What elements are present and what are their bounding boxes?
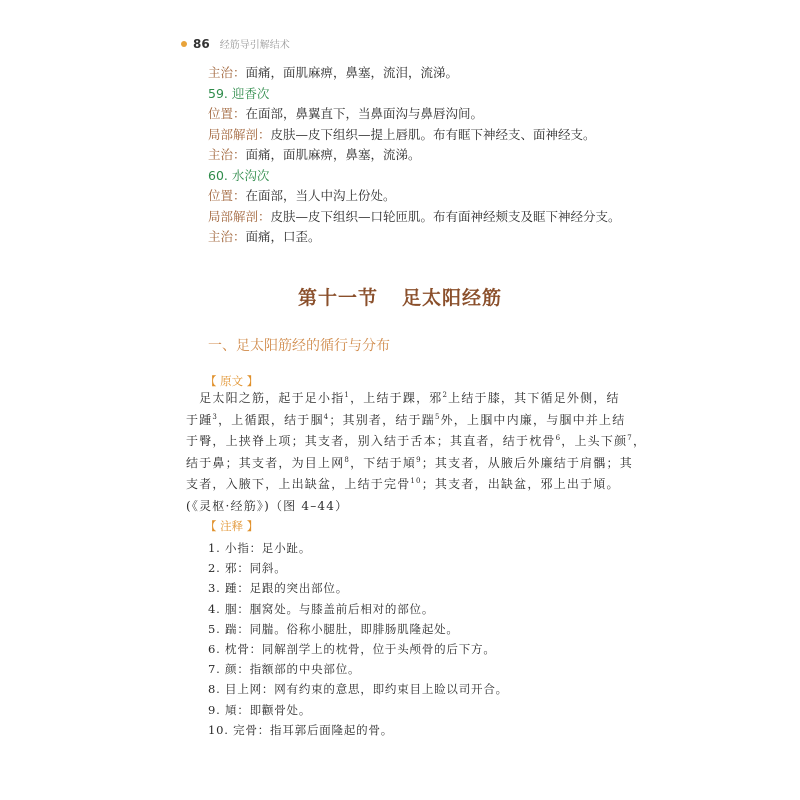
indication-text: 面痛，面肌麻痹，鼻塞，流涕。	[246, 147, 421, 162]
indication-text: 面痛，面肌麻痹，鼻塞，流泪，流涕。	[246, 65, 459, 80]
indication-label: 主治：	[208, 147, 246, 162]
original-line: 结于鼻；其支者，为目上网8，下结于頄9；其支者，从腋后外廉结于肩髃；其	[186, 453, 616, 475]
acupoint-section: 主治：面痛，面肌麻痹，鼻塞，流泪，流涕。 59. 迎香次 位置：在面部，鼻翼直下…	[208, 63, 628, 248]
notes-tag: 【 注释 】	[205, 518, 258, 534]
indication-text: 面痛，口歪。	[246, 229, 321, 244]
bullet-dot-icon	[181, 41, 187, 47]
original-line: 足太阳之筋，起于足小指1，上结于踝，邪2上结于膝，其下循足外侧，结	[186, 388, 616, 410]
indication-label: 主治：	[208, 65, 246, 80]
original-line: 支者，入腋下，上出缺盆，上结于完骨10；其支者，出缺盆，邪上出于頄。	[186, 474, 616, 496]
anatomy-line: 局部解剖：皮肤—皮下组织—口轮匝肌。布有面神经颊支及眶下神经分支。	[208, 207, 628, 228]
note-item: 8. 目上网：网有约束的意思，即约束目上睑以司开合。	[208, 679, 508, 699]
citation-line: (《灵枢·经筋》)（图 4–44）	[186, 496, 616, 518]
location-text: 在面部，鼻翼直下，当鼻面沟与鼻唇沟间。	[246, 106, 484, 121]
note-item: 3. 踵：足跟的突出部位。	[208, 578, 508, 598]
note-item: 6. 枕骨：同解剖学上的枕骨，位于头颅骨的后下方。	[208, 639, 508, 659]
original-text: 足太阳之筋，起于足小指1，上结于踝，邪2上结于膝，其下循足外侧，结 于踵3，上循…	[186, 388, 616, 517]
book-title: 经筋导引解结术	[220, 36, 290, 51]
indication-line: 主治：面痛，面肌麻痹，鼻塞，流泪，流涕。	[208, 63, 628, 84]
note-item: 10. 完骨：指耳郭后面隆起的骨。	[208, 720, 508, 740]
page-number: 86	[193, 37, 210, 51]
section-name: 足太阳经筋	[402, 287, 502, 309]
original-text-tag: 【 原文 】	[205, 373, 258, 389]
note-item: 9. 頄：即颧骨处。	[208, 700, 508, 720]
note-item: 2. 邪：同斜。	[208, 558, 508, 578]
original-line: 于踵3，上循跟，结于腘4；其别者，结于踹5外，上腘中内廉，与腘中并上结	[186, 410, 616, 432]
section-heading: 第十一节足太阳经筋	[0, 283, 800, 310]
page-header: 86 经筋导引解结术	[181, 36, 290, 51]
anatomy-text: 皮肤—皮下组织—提上唇肌。布有眶下神经支、面神经支。	[271, 127, 596, 142]
note-item: 1. 小指：足小趾。	[208, 538, 508, 558]
original-line: 于臀，上挟脊上项；其支者，别入结于舌本；其直者，结于枕骨6，上头下颜7，	[186, 431, 616, 453]
location-text: 在面部，当人中沟上份处。	[246, 188, 396, 203]
note-item: 7. 颜：指额部的中央部位。	[208, 659, 508, 679]
note-item: 5. 踹：同腨。俗称小腿肚，即腓肠肌隆起处。	[208, 619, 508, 639]
location-line: 位置：在面部，当人中沟上份处。	[208, 186, 628, 207]
notes-list: 1. 小指：足小趾。 2. 邪：同斜。 3. 踵：足跟的突出部位。 4. 腘：腘…	[208, 538, 508, 740]
point-title-59: 59. 迎香次	[208, 84, 628, 105]
note-item: 4. 腘：腘窝处。与膝盖前后相对的部位。	[208, 599, 508, 619]
indication-line: 主治：面痛，面肌麻痹，鼻塞，流涕。	[208, 145, 628, 166]
indication-line: 主治：面痛，口歪。	[208, 227, 628, 248]
point-title-60: 60. 水沟次	[208, 166, 628, 187]
anatomy-line: 局部解剖：皮肤—皮下组织—提上唇肌。布有眶下神经支、面神经支。	[208, 125, 628, 146]
location-line: 位置：在面部，鼻翼直下，当鼻面沟与鼻唇沟间。	[208, 104, 628, 125]
location-label: 位置：	[208, 188, 246, 203]
anatomy-label: 局部解剖：	[208, 127, 271, 142]
indication-label: 主治：	[208, 229, 246, 244]
location-label: 位置：	[208, 106, 246, 121]
anatomy-text: 皮肤—皮下组织—口轮匝肌。布有面神经颊支及眶下神经分支。	[271, 209, 621, 224]
section-number: 第十一节	[298, 287, 378, 309]
subsection-heading: 一、足太阳筋经的循行与分布	[208, 335, 390, 355]
anatomy-label: 局部解剖：	[208, 209, 271, 224]
